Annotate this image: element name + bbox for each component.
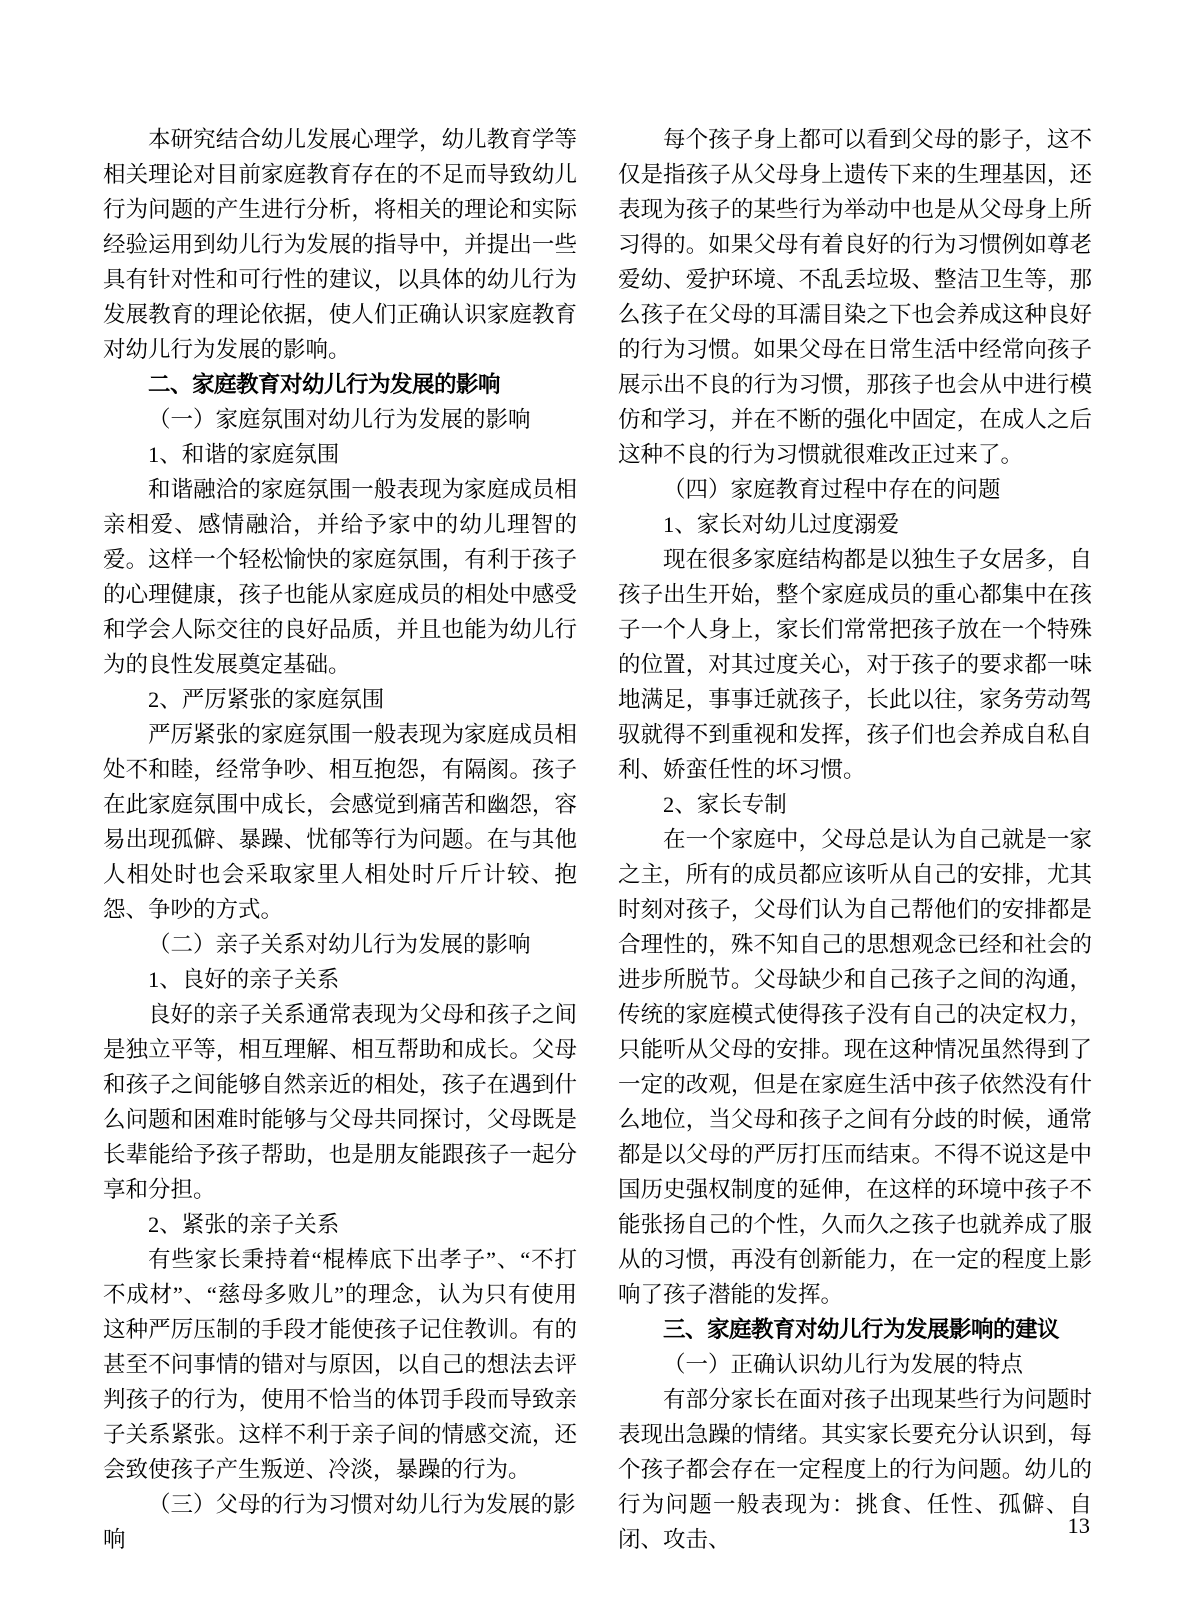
paragraph: 每个孩子身上都可以看到父母的影子，这不仅是指孩子从父母身上遗传下来的生理基因，还… xyxy=(618,122,1092,472)
left-column: 本研究结合幼儿发展心理学，幼儿教育学等相关理论对目前家庭教育存在的不足而导致幼儿… xyxy=(103,122,577,1557)
section-heading: 三、家庭教育对幼儿行为发展影响的建议 xyxy=(618,1312,1092,1347)
subsection-heading: （一）家庭氛围对幼儿行为发展的影响 xyxy=(103,402,577,437)
paragraph: 现在很多家庭结构都是以独生子女居多，自孩子出生开始，整个家庭成员的重心都集中在孩… xyxy=(618,542,1092,787)
paragraph: 和谐融洽的家庭氛围一般表现为家庭成员相亲相爱、感情融洽，并给予家中的幼儿理智的爱… xyxy=(103,472,577,682)
paragraph: 本研究结合幼儿发展心理学，幼儿教育学等相关理论对目前家庭教育存在的不足而导致幼儿… xyxy=(103,122,577,367)
subsection-heading: （四）家庭教育过程中存在的问题 xyxy=(618,472,1092,507)
subsection-heading: （三）父母的行为习惯对幼儿行为发展的影响 xyxy=(103,1487,577,1557)
paragraph: 严厉紧张的家庭氛围一般表现为家庭成员相处不和睦，经常争吵、相互抱怨，有隔阂。孩子… xyxy=(103,717,577,927)
right-column: 每个孩子身上都可以看到父母的影子，这不仅是指孩子从父母身上遗传下来的生理基因，还… xyxy=(618,122,1092,1557)
page-number: 13 xyxy=(1068,1508,1091,1543)
paragraph: 有些家长秉持着“棍棒底下出孝子”、“不打不成材”、“慈母多败儿”的理念，认为只有… xyxy=(103,1242,577,1487)
numbered-subheading: 2、家长专制 xyxy=(618,787,1092,822)
subsection-heading: （二）亲子关系对幼儿行为发展的影响 xyxy=(103,927,577,962)
paragraph: 良好的亲子关系通常表现为父母和孩子之间是独立平等，相互理解、相互帮助和成长。父母… xyxy=(103,997,577,1207)
numbered-subheading: 2、紧张的亲子关系 xyxy=(103,1207,577,1242)
numbered-subheading: 1、良好的亲子关系 xyxy=(103,962,577,997)
numbered-subheading: 1、家长对幼儿过度溺爱 xyxy=(618,507,1092,542)
section-heading: 二、家庭教育对幼儿行为发展的影响 xyxy=(103,367,577,402)
numbered-subheading: 2、严厉紧张的家庭氛围 xyxy=(103,682,577,717)
two-column-body: 本研究结合幼儿发展心理学，幼儿教育学等相关理论对目前家庭教育存在的不足而导致幼儿… xyxy=(103,122,1092,1557)
numbered-subheading: 1、和谐的家庭氛围 xyxy=(103,437,577,472)
paragraph: 在一个家庭中，父母总是认为自己就是一家之主，所有的成员都应该听从自己的安排，尤其… xyxy=(618,822,1092,1312)
paragraph: 有部分家长在面对孩子出现某些行为问题时表现出急躁的情绪。其实家长要充分认识到，每… xyxy=(618,1382,1092,1557)
document-page: 本研究结合幼儿发展心理学，幼儿教育学等相关理论对目前家庭教育存在的不足而导致幼儿… xyxy=(0,0,1191,1616)
subsection-heading: （一）正确认识幼儿行为发展的特点 xyxy=(618,1347,1092,1382)
